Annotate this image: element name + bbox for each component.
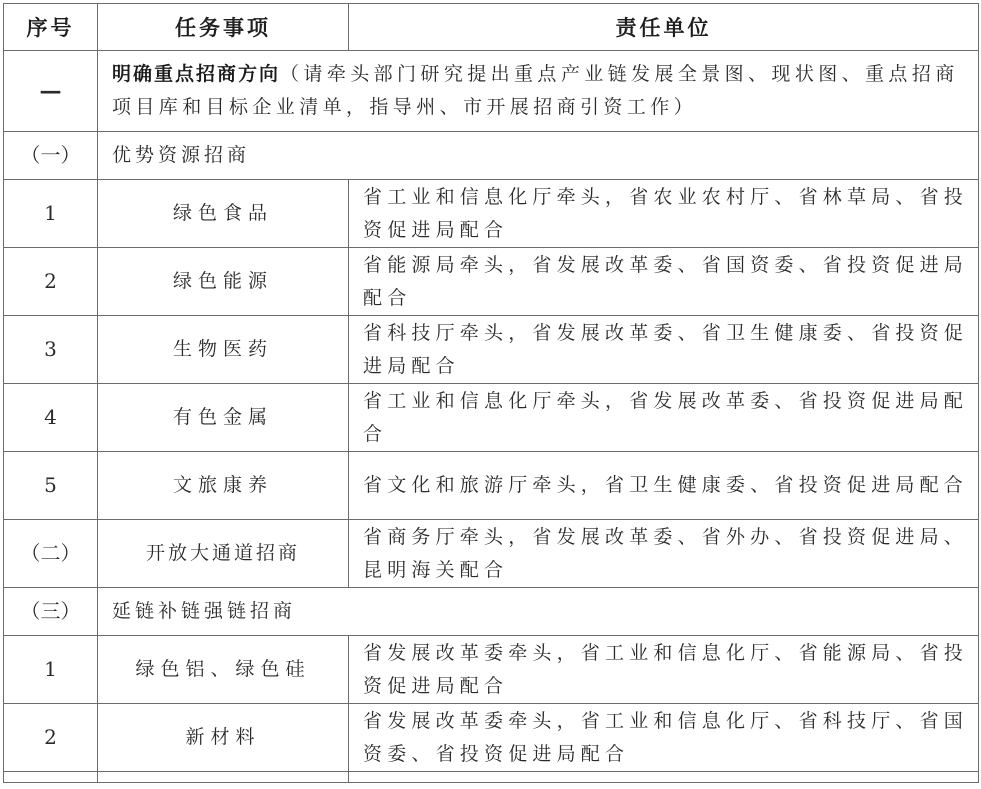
- cell-seq: 4: [4, 384, 98, 452]
- cell-responsible: 省工业和信息化厅牵头，省发展改革委、省投资促进局配合: [349, 384, 979, 452]
- cell-seq: —: [4, 51, 98, 132]
- cell-section-title: 开放大通道招商: [98, 520, 349, 588]
- cell-section-title: 延链补链强链招商: [98, 588, 979, 636]
- header-task: 任务事项: [98, 4, 349, 51]
- table-row-partial: [4, 772, 979, 783]
- table-row-section-1: （一） 优势资源招商: [4, 132, 979, 180]
- cell-seq: （三）: [4, 588, 98, 636]
- table-row: 3 生物医药 省科技厅牵头，省发展改革委、省卫生健康委、省投资促进局配合: [4, 316, 979, 384]
- table-row: 1 绿色铝、绿色硅 省发展改革委牵头，省工业和信息化厅、省能源局、省投资促进局配…: [4, 636, 979, 704]
- cell-responsible: 省商务厅牵头，省发展改革委、省外办、省投资促进局、昆明海关配合: [349, 520, 979, 588]
- cell-seq: 5: [4, 452, 98, 520]
- cell-task: 新材料: [98, 704, 349, 772]
- table-row-section-2: （二） 开放大通道招商 省商务厅牵头，省发展改革委、省外办、省投资促进局、昆明海…: [4, 520, 979, 588]
- table-row-top-section: — 明确重点招商方向（请牵头部门研究提出重点产业链发展全景图、现状图、重点招商项…: [4, 51, 979, 132]
- table-row: 1 绿色食品 省工业和信息化厅牵头，省农业农村厅、省林草局、省投资促进局配合: [4, 180, 979, 248]
- table-row-section-3: （三） 延链补链强链招商: [4, 588, 979, 636]
- cell-task: 绿色食品: [98, 180, 349, 248]
- cell-seq: 2: [4, 248, 98, 316]
- cell-responsible: 省文化和旅游厅牵头，省卫生健康委、省投资促进局配合: [349, 452, 979, 520]
- cell-seq: 1: [4, 180, 98, 248]
- section-title: 明确重点招商方向: [112, 63, 280, 85]
- table-row: 2 绿色能源 省能源局牵头，省发展改革委、省国资委、省投资促进局配合: [4, 248, 979, 316]
- table-row: 2 新材料 省发展改革委牵头，省工业和信息化厅、省科技厅、省国资委、省投资促进局…: [4, 704, 979, 772]
- cell-seq: （一）: [4, 132, 98, 180]
- cell-task: 绿色铝、绿色硅: [98, 636, 349, 704]
- table-row: 5 文旅康养 省文化和旅游厅牵头，省卫生健康委、省投资促进局配合: [4, 452, 979, 520]
- cell-task: 有色金属: [98, 384, 349, 452]
- header-seq: 序号: [4, 4, 98, 51]
- cell-responsible: 省科技厅牵头，省发展改革委、省卫生健康委、省投资促进局配合: [349, 316, 979, 384]
- cell-seq: 1: [4, 636, 98, 704]
- cell-top-section-content: 明确重点招商方向（请牵头部门研究提出重点产业链发展全景图、现状图、重点招商项目库…: [98, 51, 979, 132]
- cell-task: 生物医药: [98, 316, 349, 384]
- table-header-row: 序号 任务事项 责任单位: [4, 4, 979, 51]
- cell-seq: 3: [4, 316, 98, 384]
- cell-empty: [4, 772, 98, 783]
- cell-responsible: 省发展改革委牵头，省工业和信息化厅、省科技厅、省国资委、省投资促进局配合: [349, 704, 979, 772]
- cell-section-title: 优势资源招商: [98, 132, 979, 180]
- cell-task: 绿色能源: [98, 248, 349, 316]
- cell-responsible: 省工业和信息化厅牵头，省农业农村厅、省林草局、省投资促进局配合: [349, 180, 979, 248]
- cell-seq: （二）: [4, 520, 98, 588]
- cell-empty: [349, 772, 979, 783]
- cell-responsible: 省能源局牵头，省发展改革委、省国资委、省投资促进局配合: [349, 248, 979, 316]
- header-responsible: 责任单位: [349, 4, 979, 51]
- cell-empty: [98, 772, 349, 783]
- task-responsibility-table: 序号 任务事项 责任单位 — 明确重点招商方向（请牵头部门研究提出重点产业链发展…: [3, 3, 979, 783]
- table-row: 4 有色金属 省工业和信息化厅牵头，省发展改革委、省投资促进局配合: [4, 384, 979, 452]
- cell-seq: 2: [4, 704, 98, 772]
- document-page: 序号 任务事项 责任单位 — 明确重点招商方向（请牵头部门研究提出重点产业链发展…: [0, 0, 981, 789]
- cell-responsible: 省发展改革委牵头，省工业和信息化厅、省能源局、省投资促进局配合: [349, 636, 979, 704]
- cell-task: 文旅康养: [98, 452, 349, 520]
